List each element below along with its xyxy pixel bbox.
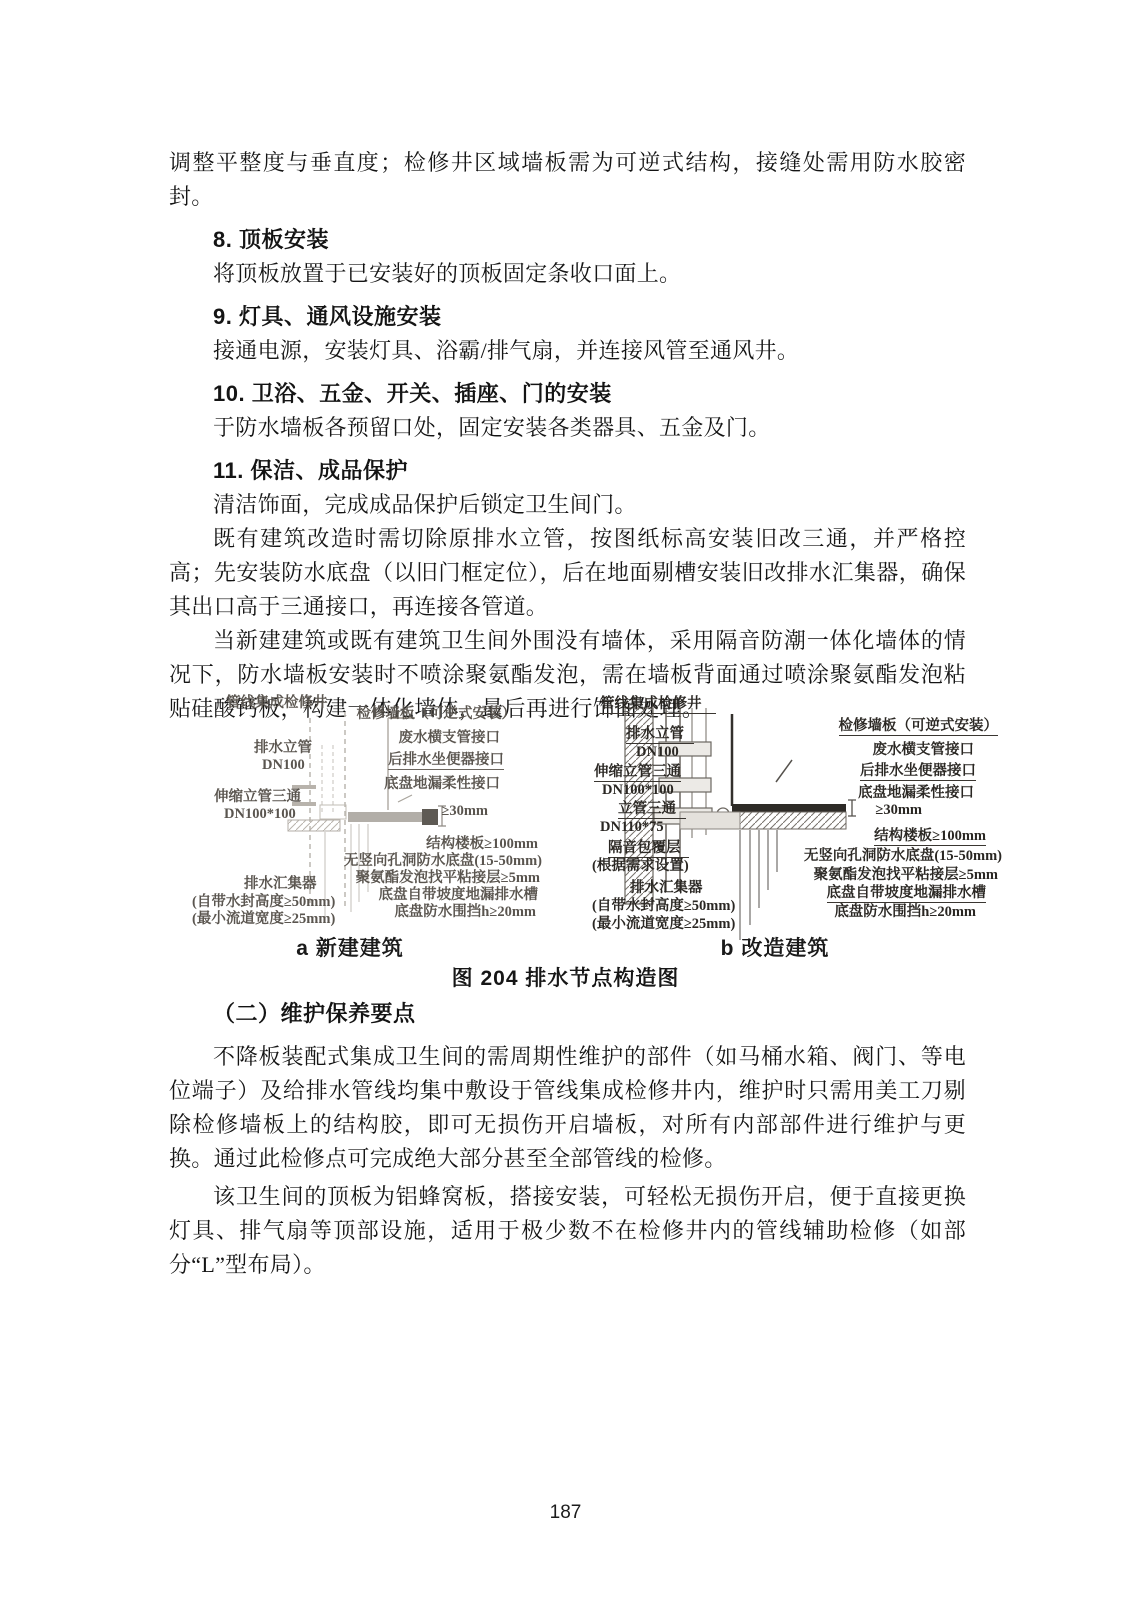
- label-floor-drain: 底盘地漏柔性接口: [384, 776, 500, 792]
- label-gap-dimension: ≥30mm: [875, 802, 922, 818]
- label-floor-drain: 底盘地漏柔性接口: [858, 785, 974, 801]
- label-expansion-tee: 伸缩立管三通: [214, 789, 301, 805]
- label-waste-branch: 废水横支管接口: [399, 730, 501, 746]
- label-structural-slab: 结构楼板≥100mm: [426, 836, 538, 852]
- label-stack-tee-dn: DN110*75: [600, 819, 664, 835]
- figure-panel-new-building: 管线集成检修井 排水立管 DN100 伸缩立管三通 DN100*100 排水汇集…: [170, 690, 580, 945]
- caption-panel-a: a 新建建筑: [150, 932, 550, 962]
- maintenance-paragraph-2: 该卫生间的顶板为铝蜂窝板，搭接安装，可轻松无损伤开启，便于直接更换灯具、排气扇等…: [169, 1180, 966, 1282]
- section-heading-8: 8. 顶板安装: [169, 223, 966, 257]
- section-body-10: 于防水墙板各预留口处，固定安装各类器具、五金及门。: [169, 411, 966, 445]
- label-collector: 排水汇集器: [244, 876, 317, 892]
- section-heading-10: 10. 卫浴、五金、开关、插座、门的安装: [169, 377, 966, 411]
- label-structural-slab: 结构楼板≥100mm: [874, 828, 986, 846]
- maintenance-heading: （二）维护保养要点: [169, 996, 966, 1032]
- caption-panel-b: b 改造建筑: [575, 932, 975, 962]
- label-pipeline-well: 管线集成检修井: [226, 695, 328, 711]
- label-waterproof-pan: 无竖向孔洞防水底盘(15-50mm): [804, 848, 1002, 864]
- label-collector-seal: (自带水封高度≥50mm): [592, 898, 735, 914]
- label-waterproof-pan: 无竖向孔洞防水底盘(15-50mm): [344, 853, 542, 869]
- section-heading-11: 11. 保洁、成品保护: [169, 454, 966, 488]
- figure-204: 管线集成检修井 排水立管 DN100 伸缩立管三通 DN100*100 排水汇集…: [0, 690, 1131, 995]
- intro-line: 调整平整度与垂直度；检修井区域墙板需为可逆式结构，接缝处需用防水胶密封。: [169, 146, 966, 214]
- figure-caption: 图 204 排水节点构造图: [0, 962, 1131, 992]
- label-sound-wrap: 隔音包覆层: [608, 840, 689, 858]
- label-sound-wrap-note: (根据需求设置): [592, 858, 689, 874]
- document-page: 调整平整度与垂直度；检修井区域墙板需为可逆式结构，接缝处需用防水胶密封。 8. …: [0, 0, 1131, 1600]
- section-body-9: 接通电源，安装灯具、浴霸/排气扇，并连接风管至通风井。: [169, 334, 966, 368]
- section-heading-9: 9. 灯具、通风设施安装: [169, 300, 966, 334]
- label-access-panel: 检修墙板（可逆式安装）: [839, 718, 999, 736]
- label-pu-foam-layer: 聚氨酯发泡找平粘接层≥5mm: [814, 867, 998, 883]
- label-pipeline-well: 管线集成检修井: [600, 696, 716, 714]
- procedure-text: 调整平整度与垂直度；检修井区域墙板需为可逆式结构，接缝处需用防水胶密封。 8. …: [169, 146, 966, 726]
- label-expansion-tee-dn: DN100*100: [602, 782, 674, 798]
- label-waste-branch: 废水横支管接口: [873, 742, 975, 758]
- label-waterproof-curb: 底盘防水围挡h≥20mm: [394, 904, 536, 920]
- label-toilet-outlet: 后排水坐便器接口: [860, 763, 976, 781]
- label-gap-dimension: ≥30mm: [441, 803, 488, 819]
- label-drain-stack-dn: DN100: [262, 757, 305, 773]
- page-number: 187: [0, 1502, 1131, 1524]
- label-toilet-outlet: 后排水坐便器接口: [388, 752, 504, 770]
- label-slope-channel: 底盘自带坡度地漏排水槽: [827, 885, 987, 903]
- label-expansion-tee-dn: DN100*100: [224, 806, 296, 822]
- section-body-11: 清洁饰面，完成成品保护后锁定卫生间门。: [169, 488, 966, 522]
- label-collector: 排水汇集器: [630, 880, 703, 896]
- label-collector-width: (最小流道宽度≥25mm): [592, 916, 735, 932]
- maintenance-text: （二）维护保养要点 不降板装配式集成卫生间的需周期性维护的部件（如马桶水箱、阀门…: [169, 996, 966, 1282]
- paragraph-retrofit: 既有建筑改造时需切除原排水立管，按图纸标高安装旧改三通，并严格控高；先安装防水底…: [169, 522, 966, 624]
- maintenance-paragraph-1: 不降板装配式集成卫生间的需周期性维护的部件（如马桶水箱、阀门、等电位端子）及给排…: [169, 1040, 966, 1176]
- label-drain-stack-dn: DN100: [636, 744, 679, 760]
- label-pu-foam-layer: 聚氨酯发泡找平粘接层≥5mm: [356, 870, 540, 886]
- label-drain-stack: 排水立管: [626, 726, 694, 744]
- label-collector-seal: (自带水封高度≥50mm): [192, 894, 335, 910]
- label-expansion-tee: 伸缩立管三通: [594, 764, 681, 782]
- label-waterproof-curb: 底盘防水围挡h≥20mm: [834, 904, 976, 920]
- label-access-panel: 检修墙板（可逆式安装）: [357, 706, 517, 722]
- label-stack-tee: 立管三通: [618, 801, 686, 819]
- label-slope-channel: 底盘自带坡度地漏排水槽: [379, 887, 539, 903]
- figure-panel-retrofit-building: 管线集成检修井 排水立管 DN100 伸缩立管三通 DN100*100 立管三通…: [580, 690, 1006, 945]
- section-body-8: 将顶板放置于已安装好的顶板固定条收口面上。: [169, 257, 966, 291]
- label-drain-stack: 排水立管: [254, 740, 312, 756]
- label-collector-width: (最小流道宽度≥25mm): [192, 911, 335, 927]
